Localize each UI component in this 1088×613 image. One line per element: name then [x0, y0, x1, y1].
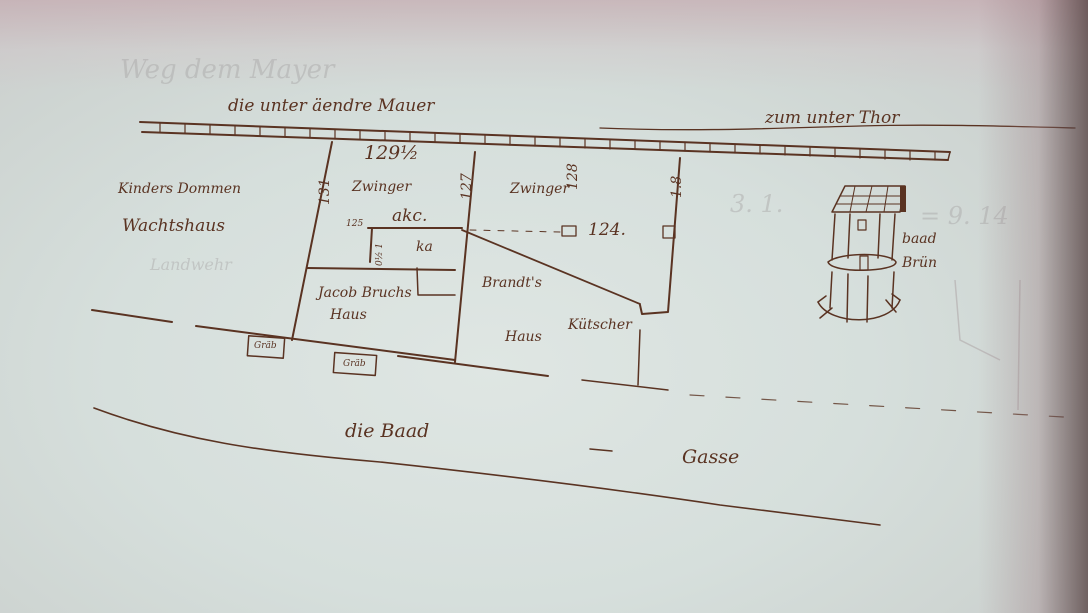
street-label-2: Gasse [682, 448, 739, 467]
left-house-label-1: Kinders Dommen [118, 182, 241, 196]
well-label-2: Brün [902, 256, 937, 270]
small-room-inner-number: 0½ 1 [376, 243, 385, 266]
left-house-label-2: Wachtshaus [122, 218, 225, 235]
jacob-house-label-2: Haus [330, 308, 367, 322]
zwinger-right-label: Zwinger [510, 182, 569, 196]
wall-direction-label: zum unter Thor [765, 110, 899, 127]
small-room-suffix: ka [416, 240, 433, 254]
well-icon [818, 186, 906, 322]
brandt-house-label-2: Haus [505, 330, 542, 344]
number-vertical-mid: 127 [460, 173, 474, 200]
box-left-label: Gräb [254, 342, 277, 351]
street-label-1: die Baad [345, 422, 429, 441]
street-frontage [92, 310, 548, 376]
parcel-brandt [462, 158, 680, 390]
svg-text:Landwehr: Landwehr [149, 255, 233, 274]
city-wall [140, 122, 1075, 160]
number-vertical-right: 128 [566, 163, 580, 190]
small-room-code: akc. [392, 208, 427, 225]
parcel-number-right: 124. [588, 222, 626, 239]
svg-text:3. 1.: 3. 1. [730, 190, 783, 218]
jacob-house-label-1: Jacob Bruchs [318, 286, 412, 300]
box-right-label: Gräb [343, 360, 366, 369]
small-room-number: 125 [346, 220, 363, 229]
street-curve [94, 408, 880, 525]
svg-text:= 9. 14: = 9. 14 [920, 202, 1009, 230]
parcel-number-top: 129½ [364, 144, 419, 163]
site-plan-drawing: Weg dem Mayer 3. 1. = 9. 14 Landwehr [0, 0, 1088, 613]
dashed-boundary [690, 395, 1080, 418]
brandt-house-label-1: Brandt's [482, 276, 542, 290]
zwinger-left-label: Zwinger [352, 180, 411, 194]
map-sheet: Weg dem Mayer 3. 1. = 9. 14 Landwehr [0, 0, 1088, 613]
number-vertical-left: 131 [318, 178, 332, 205]
number-vertical-far-right: 1.8 [670, 176, 684, 198]
wall-label: die unter äendre Mauer [228, 98, 434, 115]
kutscher-label: Kütscher [568, 318, 632, 332]
svg-text:Weg dem Mayer: Weg dem Mayer [120, 55, 336, 85]
well-label-1: baad [902, 232, 937, 246]
